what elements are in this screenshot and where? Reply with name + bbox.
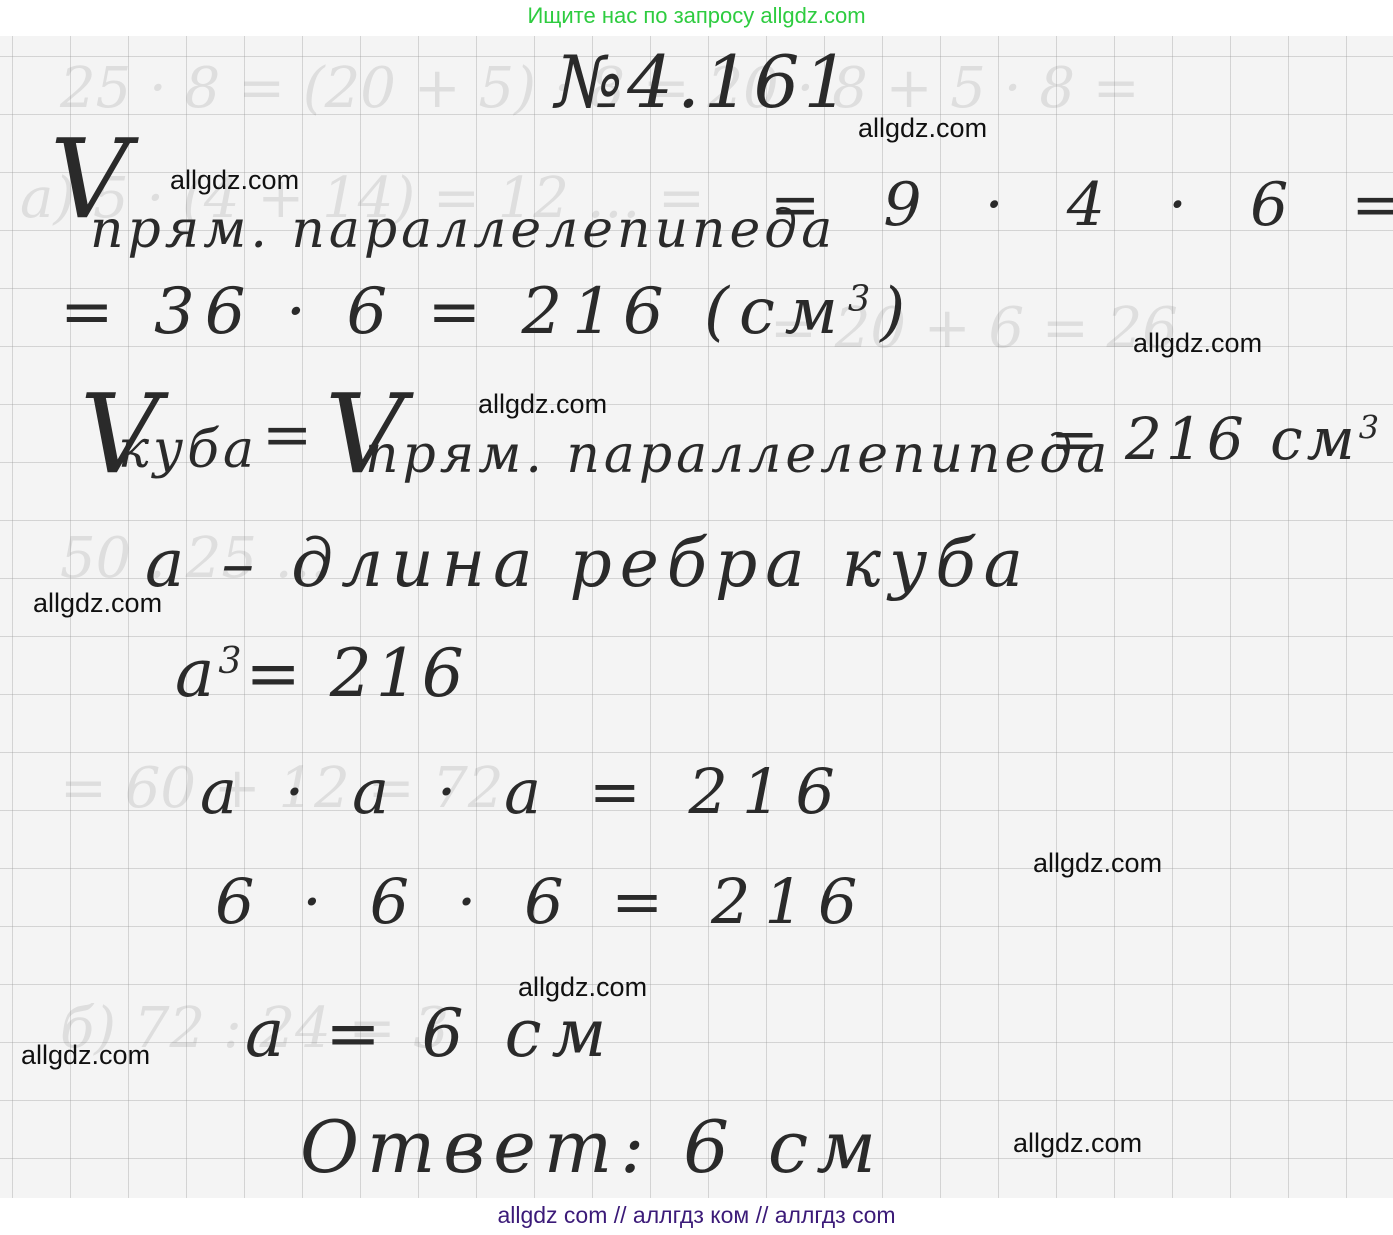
expression: = 216 см3 (1050, 405, 1383, 473)
subscript: прям. параллелепипеда (90, 200, 836, 260)
line-volume-calc: = 36 · 6 = 216 (см3) (60, 275, 915, 349)
result-line: a = 6 см (245, 995, 616, 1072)
watermark: allgdz.com (858, 113, 987, 144)
exponent: 3 (1359, 409, 1383, 447)
paren: ) (880, 275, 915, 349)
watermark: allgdz.com (21, 1040, 150, 1071)
watermark: allgdz.com (1013, 1128, 1142, 1159)
problem-number: №4.161 (555, 40, 853, 124)
exponent: 3 (848, 279, 880, 320)
equals: = (262, 400, 316, 470)
exponent: 3 (218, 639, 245, 682)
cube-equation: a3= 216 (175, 635, 468, 712)
base: a (175, 635, 218, 712)
answer-line: Ответ: 6 см (300, 1105, 884, 1189)
watermark: allgdz.com (1133, 328, 1262, 359)
expression: = 36 · 6 = 216 (см (60, 275, 848, 349)
watermark: allgdz.com (33, 588, 162, 619)
value: = 216 (245, 635, 467, 712)
expression: = 9 · 4 · 6 = (770, 170, 1393, 240)
watermark: allgdz.com (518, 972, 647, 1003)
footer-banner: allgdz com // аллгдз ком // аллгдз com (0, 1198, 1393, 1235)
check-equation: 6 · 6 · 6 = 216 (215, 865, 871, 938)
subscript: куба (118, 420, 258, 480)
watermark: allgdz.com (1033, 848, 1162, 879)
watermark: allgdz.com (478, 389, 607, 420)
subscript: прям. параллелепипеда (365, 425, 1111, 485)
value: = 216 см (1050, 405, 1359, 473)
product-equation: a · a · a = 216 (200, 755, 849, 828)
definition-line: a – длина ребра куба (145, 525, 1031, 602)
search-banner: Ищите нас по запросу allgdz.com (0, 0, 1393, 34)
watermark: allgdz.com (170, 165, 299, 196)
